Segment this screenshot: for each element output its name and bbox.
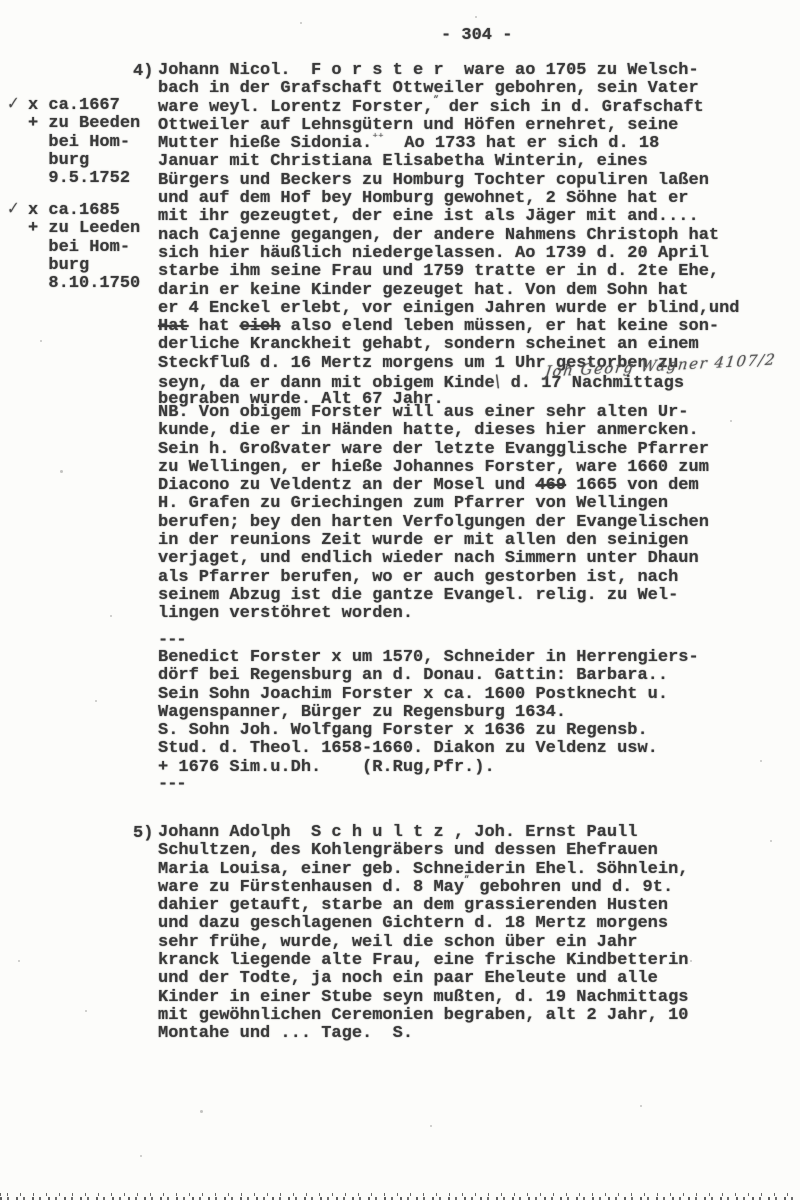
text-line: als Pfarrer berufen, wo er auch gestorbe… xyxy=(158,569,709,587)
text-line: Mutter hieße Sidonia.⁺⁺ Ao 1733 hat er s… xyxy=(158,135,740,153)
scan-speckle xyxy=(60,470,63,473)
text-line: + 1676 Sim.u.Dh. (R.Rug,Pfr.). xyxy=(158,759,699,777)
page-number: - 304 - xyxy=(441,26,512,45)
text-line: bei Hom- xyxy=(28,239,140,257)
paragraph-text: NB. Von obigem Forster will aus einer se… xyxy=(158,404,709,624)
margin-note-text: x ca.1667+ zu Beeden bei Hom- burg 9.5.1… xyxy=(28,97,140,188)
text-line: Sein Sohn Joachim Forster x ca. 1600 Pos… xyxy=(158,686,699,704)
text-line: + zu Leeden xyxy=(28,220,140,238)
scan-speckle xyxy=(300,22,302,24)
text-line: 9.5.1752 xyxy=(28,170,140,188)
nb-note-paragraph: NB. Von obigem Forster will aus einer se… xyxy=(158,404,709,624)
text-line: Ottweiler auf Lehnsgütern und Höfen erne… xyxy=(158,117,740,135)
scan-speckle xyxy=(40,340,42,342)
handwritten-check-icon: ✓ xyxy=(7,197,20,218)
text-line: und auf dem Hof bey Homburg gewohnet, 2 … xyxy=(158,190,740,208)
text-line: starbe ihm seine Frau und 1759 tratte er… xyxy=(158,263,740,281)
text-line: ware zu Fürstenhausen d. 8 Mayʺ gebohren… xyxy=(158,879,689,897)
text-line: kranck liegende alte Frau, eine frische … xyxy=(158,952,689,970)
text-line: lingen verstöhret worden. xyxy=(158,605,709,623)
entry-5-johann-adolph-schultz: 5) Johann Adolph S c h u l t z , Joh. Er… xyxy=(158,824,689,1044)
margin-note-marriage-1685: ✓ x ca.1685+ zu Leeden bei Hom- burg 8.1… xyxy=(28,202,140,293)
text-line: x ca.1667 xyxy=(28,97,140,115)
text-line: Diacono zu Veldentz an der Mosel und 469… xyxy=(158,477,709,495)
margin-note-text: x ca.1685+ zu Leeden bei Hom- burg 8.10.… xyxy=(28,202,140,293)
text-line: mit gewöhnlichen Ceremonien begraben, al… xyxy=(158,1007,689,1025)
text-line: ware weyl. Lorentz Forster,ʺ der sich in… xyxy=(158,99,740,117)
text-line: Johann Adolph S c h u l t z , Joh. Ernst… xyxy=(158,824,689,842)
scan-edge-artifact xyxy=(0,1191,800,1200)
text-line: S. Sohn Joh. Wolfgang Forster x 1636 zu … xyxy=(158,722,699,740)
scan-speckle xyxy=(110,615,112,617)
text-line: in der reunions Zeit wurde er mit allen … xyxy=(158,532,709,550)
entry-text: Johann Adolph S c h u l t z , Joh. Ernst… xyxy=(158,824,689,1044)
scan-speckle xyxy=(730,420,732,422)
text-line: Bürgers und Beckers zu Homburg Tochter c… xyxy=(158,172,740,190)
text-line: seyn, da er dann mit obigem Kinde\ d. 17… xyxy=(158,373,740,391)
text-line: und der Todte, ja noch ein paar Eheleute… xyxy=(158,970,689,988)
text-line: derliche Kranckheit gehabt, sondern sche… xyxy=(158,336,740,354)
scan-speckle xyxy=(95,700,97,702)
text-line: Benedict Forster x um 1570, Schneider in… xyxy=(158,649,699,667)
scan-speckle xyxy=(690,960,692,962)
text-line: verjaget, und endlich wieder nach Simmer… xyxy=(158,550,709,568)
text-line: und dazu geschlagenen Gichtern d. 18 Mer… xyxy=(158,915,689,933)
text-line: H. Grafen zu Griechingen zum Pfarrer von… xyxy=(158,495,709,513)
text-line: Stud. d. Theol. 1658-1660. Diakon zu Vel… xyxy=(158,740,699,758)
text-line: Januar mit Christiana Elisabetha Winteri… xyxy=(158,153,740,171)
text-line: burg xyxy=(28,257,140,275)
scanned-document-page: - 304 - ✓ x ca.1667+ zu Beeden bei Hom- … xyxy=(0,0,800,1200)
text-line: Schultzen, des Kohlengräbers und dessen … xyxy=(158,842,689,860)
text-line: Kinder in einer Stube seyn mußten, d. 19… xyxy=(158,989,689,1007)
paragraph-text: Benedict Forster x um 1570, Schneider in… xyxy=(158,649,699,777)
scan-speckle xyxy=(430,1125,432,1127)
text-line: x ca.1685 xyxy=(28,202,140,220)
text-line: Wagenspanner, Bürger zu Regensburg 1634. xyxy=(158,704,699,722)
text-line: Johann Nicol. F o r s t e r ware ao 1705… xyxy=(158,62,740,80)
scan-speckle xyxy=(760,760,762,762)
scan-speckle xyxy=(85,1010,87,1012)
text-line: sich hier häußlich niedergelassen. Ao 17… xyxy=(158,245,740,263)
scan-speckle xyxy=(475,16,477,18)
scan-speckle xyxy=(200,1110,203,1113)
text-line: nach Cajenne gegangen, der andere Nahmen… xyxy=(158,227,740,245)
margin-note-marriage-1667: ✓ x ca.1667+ zu Beeden bei Hom- burg 9.5… xyxy=(28,97,140,188)
entry-number: 5) xyxy=(133,824,153,843)
text-line: Sein h. Großvater ware der letzte Evangg… xyxy=(158,441,709,459)
handwritten-check-icon: ✓ xyxy=(7,92,20,113)
text-line: dörf bei Regensburg an d. Donau. Gattin:… xyxy=(158,667,699,685)
text-line: Hat hat eieh also elend leben müssen, er… xyxy=(158,318,740,336)
scan-speckle xyxy=(140,1155,142,1157)
text-line: bach in der Grafschaft Ottweiler gebohre… xyxy=(158,80,740,98)
text-line: kunde, die er in Händen hatte, dieses hi… xyxy=(158,422,709,440)
scan-speckle xyxy=(18,960,20,962)
text-line: seinem Abzug ist die gantze Evangel. rel… xyxy=(158,587,709,605)
scan-speckle xyxy=(770,840,772,842)
text-line: 8.10.1750 xyxy=(28,275,140,293)
benedict-forster-paragraph: Benedict Forster x um 1570, Schneider in… xyxy=(158,649,699,777)
text-line: NB. Von obigem Forster will aus einer se… xyxy=(158,404,709,422)
text-line: zu Wellingen, er hieße Johannes Forster,… xyxy=(158,459,709,477)
text-line: bei Hom- xyxy=(28,134,140,152)
text-line: mit ihr gezeugtet, der eine ist als Jäge… xyxy=(158,208,740,226)
text-line: burg xyxy=(28,152,140,170)
entry-number: 4) xyxy=(133,62,153,81)
text-line: + zu Beeden xyxy=(28,115,140,133)
dash-separator: --- xyxy=(158,775,186,794)
scan-speckle xyxy=(640,1105,642,1107)
text-line: Montahe und ... Tage. S. xyxy=(158,1025,689,1043)
text-line: dahier getauft, starbe an dem grassieren… xyxy=(158,897,689,915)
text-line: Maria Louisa, einer geb. Schneiderin Ehe… xyxy=(158,861,689,879)
text-line: berufen; bey den harten Verfolgungen der… xyxy=(158,514,709,532)
text-line: sehr frühe, wurde, weil die schon über e… xyxy=(158,934,689,952)
text-line: darin er keine Kinder gezeuget hat. Von … xyxy=(158,282,740,300)
text-line: er 4 Enckel erlebt, vor einigen Jahren w… xyxy=(158,300,740,318)
